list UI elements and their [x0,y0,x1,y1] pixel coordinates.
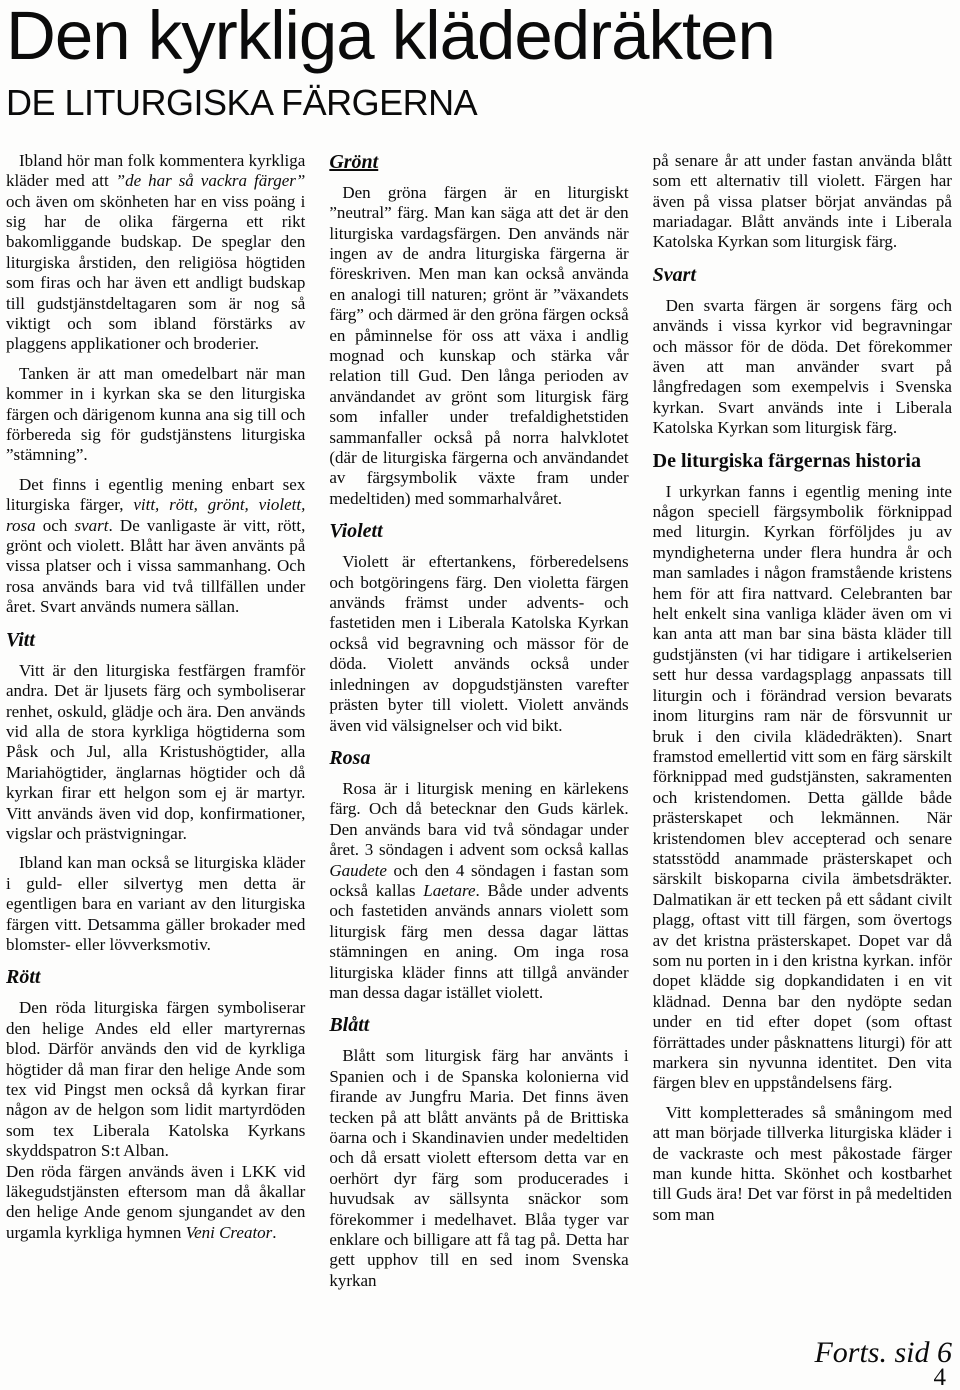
text-run: Den röda liturgiska färgen symboliserar … [6,998,305,1160]
italic-text-run: ”de har så vackra färger” [116,171,306,190]
paragraph: Tanken är att man omedelbart när man kom… [6,364,305,466]
text-run: Tanken är att man omedelbart när man kom… [6,364,305,465]
section-heading-vitt: Vitt [6,629,305,652]
page-subtitle: DE LITURGISKA FÄRGERNA [6,85,952,121]
paragraph: Vitt är den liturgiska festfärgen framfö… [6,661,305,845]
page-title: Den kyrkliga klädedräkten [6,0,952,72]
continuation-note: Forts. sid 6 [814,1336,952,1369]
article-columns: Ibland hör man folk kommentera kyrkliga … [6,151,952,1292]
italic-text-run: Laetare [423,881,475,900]
text-run: Den gröna färgen är en liturgiskt ”neutr… [329,183,628,508]
paragraph: Violett är eftertankens, förberedelsens … [329,552,628,736]
column-2: GröntDen gröna färgen är en liturgiskt ”… [329,151,628,1292]
text-run: Vitt kompletterades så småningom med att… [653,1103,952,1224]
paragraph: Vitt kompletterades så småningom med att… [653,1103,952,1225]
section-heading-rosa: Rosa [329,747,628,770]
document-page: Den kyrkliga klädedräkten DE LITURGISKA … [0,0,960,1390]
page-number: 4 [934,1364,947,1390]
text-run: Rosa är i liturgisk mening en kärlekens … [329,779,628,859]
section-heading-rott: Rött [6,966,305,989]
paragraph: Den gröna färgen är en liturgiskt ”neutr… [329,183,628,510]
paragraph: Ibland kan man också se liturgiska kläde… [6,853,305,955]
text-run: på senare år att under fastan använda bl… [653,151,952,252]
text-run: Blått som liturgisk färg har använts i S… [329,1046,628,1289]
text-run: Violett är eftertankens, förberedelsens … [329,552,628,734]
section-heading-blatt: Blått [329,1014,628,1037]
paragraph: Ibland hör man folk kommentera kyrkliga … [6,151,305,355]
column-1: Ibland hör man folk kommentera kyrkliga … [6,151,305,1292]
text-run: Den svarta färgen är sorgens färg och an… [653,296,952,437]
paragraph: Den svarta färgen är sorgens färg och an… [653,296,952,439]
italic-text-run: Veni Creator [186,1223,273,1242]
paragraph: på senare år att under fastan använda bl… [653,151,952,253]
paragraph: Den röda liturgiska färgen symboliserar … [6,998,305,1161]
text-run: I urkyrkan fanns i egentlig mening inte … [653,482,952,1093]
text-run: och även om skönheten har en viss poäng … [6,192,305,354]
section-heading-violett: Violett [329,520,628,543]
italic-text-run: Gaudete [329,861,387,880]
section-heading-de-liturgiska-fargernas-historia: De liturgiska färgernas historia [653,450,952,473]
italic-text-run: svart [75,516,109,535]
paragraph: Blått som liturgisk färg har använts i S… [329,1046,628,1291]
paragraph: Det finns i egentlig mening enbart sex l… [6,475,305,618]
text-run: Ibland kan man också se liturgiska kläde… [6,853,305,954]
text-run: och [36,516,75,535]
text-run: Vitt är den liturgiska festfärgen framfö… [6,661,305,843]
text-run: . [272,1223,276,1242]
paragraph: Rosa är i liturgisk mening en kärlekens … [329,779,628,1003]
section-heading-gront: Grönt [329,151,628,174]
article-header: Den kyrkliga klädedräkten DE LITURGISKA … [6,0,952,121]
paragraph: Den röda färgen används även i LKK vid l… [6,1162,305,1244]
section-heading-svart: Svart [653,264,952,287]
paragraph: I urkyrkan fanns i egentlig mening inte … [653,482,952,1094]
column-3: på senare år att under fastan använda bl… [653,151,952,1292]
